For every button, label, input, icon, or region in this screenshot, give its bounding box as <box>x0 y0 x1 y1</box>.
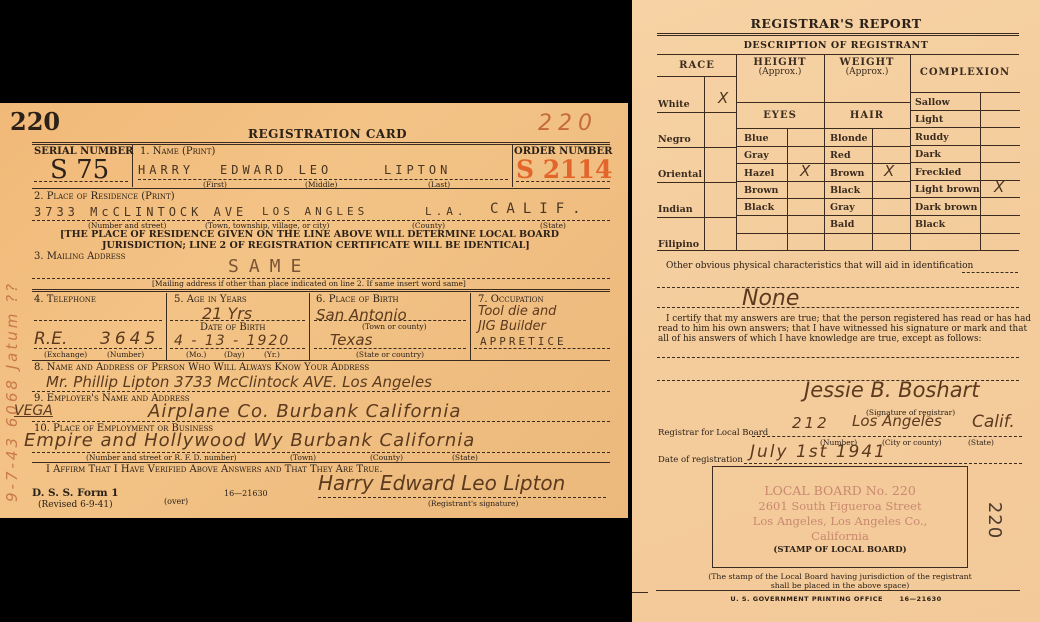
stamp-note-line-1: (The stamp of the Local Board having jur… <box>672 572 1008 581</box>
name-label: 1. Name (Print) <box>140 146 215 157</box>
hair-black: Black <box>830 185 860 196</box>
residence-notice-2: JURISDICTION; LINE 2 OF REGISTRATION CER… <box>102 240 530 251</box>
mailing-address-note: [Mailing address if other than place ind… <box>152 279 466 288</box>
eyes-black: Black <box>744 202 774 213</box>
sublabel-birth-state: (State or country) <box>356 350 424 359</box>
complexion-light-brown: Light brown <box>915 184 980 195</box>
occupation-line3: APPRETICE <box>480 335 567 348</box>
date-of-birth-label: Date of Birth <box>200 322 265 333</box>
complexion-freckled: Freckled <box>915 167 961 178</box>
name-last: LIPTON <box>384 163 451 177</box>
stamp-note-line-2: shall be placed in the above space) <box>672 581 1008 590</box>
contact-person-value: Mr. Phillip Lipton 3733 McClintock AVE. … <box>46 373 432 391</box>
board-number: 212 <box>792 414 830 432</box>
hair-red: Red <box>830 150 851 161</box>
complexion-light: Light <box>915 114 943 125</box>
place-of-employment-value: Empire and Hollywood Wy Burbank Californ… <box>24 430 475 451</box>
hair-header: HAIR <box>824 110 910 121</box>
date-of-birth-value: 4 - 13 - 1920 <box>174 333 290 349</box>
board-city: Los Angeles <box>852 412 942 430</box>
signature-label: (Registrant's signature) <box>428 499 518 508</box>
stamp-box: LOCAL BOARD No. 220 2601 South Figueroa … <box>712 466 968 568</box>
printing-office-footer: U. S. GOVERNMENT PRINTING OFFICE 16—2163… <box>632 595 1040 603</box>
residence-town: LOS ANGLES <box>262 205 368 218</box>
place-of-birth-state: Texas <box>330 331 372 349</box>
complexion-black: Black <box>915 219 945 230</box>
card-title: REGISTRATION CARD <box>248 127 407 141</box>
telephone-label: 4. Telephone <box>34 294 96 305</box>
complexion-light-brown-check: X <box>994 178 1004 196</box>
eyes-blue: Blue <box>744 133 769 144</box>
residence-street: 3733 McCLINTOCK AVE <box>34 205 247 219</box>
registrar-signature: Jessie B. Boshart <box>804 378 979 402</box>
corner-number: 220 <box>10 107 60 136</box>
weight-approx: (Approx.) <box>824 67 910 77</box>
order-number-value: S 2114 <box>516 155 612 184</box>
sublabel-board-state: (State) <box>968 438 994 447</box>
sublabel-emp-street: (Number and street or R. F. D. number) <box>86 453 237 462</box>
eyes-header: EYES <box>736 110 824 121</box>
registrant-signature: Harry Edward Leo Lipton <box>318 471 565 495</box>
form-revised: (Revised 6-9-41) <box>38 500 113 510</box>
sublabel-exchange: (Exchange) <box>44 350 87 359</box>
print-code: 16—21630 <box>224 489 268 498</box>
sublabel-emp-county: (County) <box>370 453 403 462</box>
telephone-exchange: R.E. <box>34 329 67 349</box>
side-number: 220 <box>984 502 1005 539</box>
race-oriental: Oriental <box>658 169 702 180</box>
mailing-address-value: SAME <box>228 256 311 277</box>
residence-state: CALIF. <box>490 201 589 217</box>
race-white-check: X <box>718 89 728 107</box>
stamp-note: (The stamp of the Local Board having jur… <box>672 572 1008 590</box>
sublabel-number: (Number) <box>107 350 144 359</box>
hair-brown-check: X <box>884 162 894 180</box>
eyes-brown: Brown <box>744 185 778 196</box>
contact-person-label: 8. Name and Address of Person Who Will A… <box>34 362 369 373</box>
employer-prefix: VEGA <box>14 403 53 419</box>
over-label: (over) <box>164 497 188 506</box>
hair-brown: Brown <box>830 168 864 179</box>
certify-line-2: read to him his own answers; that I have… <box>658 324 1031 334</box>
hair-gray: Gray <box>830 202 855 213</box>
occupation-line2: JIG Builder <box>478 319 546 334</box>
date-value: July 1st 1941 <box>750 442 887 462</box>
sublabel-day: (Day) <box>224 350 245 359</box>
stamp-line-3: Los Angeles, Los Angeles Co., <box>713 514 967 528</box>
registration-card: 220 REGISTRATION CARD 220 9-7-43 6068 Ja… <box>0 103 628 518</box>
certify-text: I certify that my answers are true; that… <box>666 314 1031 344</box>
complexion-header: COMPLEXION <box>910 67 1020 78</box>
sublabel-emp-town: (Town) <box>290 453 316 462</box>
place-of-birth-label: 6. Place of Birth <box>316 294 399 305</box>
eyes-hazel-check: X <box>800 162 810 180</box>
name-first: HARRY <box>138 163 194 177</box>
complexion-ruddy: Ruddy <box>915 132 949 143</box>
complexion-sallow: Sallow <box>915 97 950 108</box>
hair-bald: Bald <box>830 219 854 230</box>
race-filipino: Filipino <box>658 239 699 250</box>
certify-line-1: I certify that my answers are true; that… <box>666 314 1031 324</box>
eyes-gray: Gray <box>744 150 769 161</box>
residence-notice-1: [THE PLACE OF RESIDENCE GIVEN ON THE LIN… <box>60 229 559 240</box>
race-white: White <box>658 99 690 110</box>
stamp-line-2: 2601 South Figueroa Street <box>713 499 967 513</box>
stamp-line-4: California <box>713 529 967 543</box>
sublabel-month: (Mo.) <box>186 350 206 359</box>
hair-blonde: Blonde <box>830 133 868 144</box>
other-characteristics-label: Other obvious physical characteristics t… <box>666 261 973 271</box>
eyes-hazel: Hazel <box>744 168 774 179</box>
residence-label: 2. Place of Residence (Print) <box>34 191 175 202</box>
occupation-line1: Tool die and <box>478 304 556 319</box>
race-indian: Indian <box>658 204 693 215</box>
report-title: REGISTRAR'S REPORT <box>632 16 1040 31</box>
employer-value: Airplane Co. Burbank California <box>148 401 461 422</box>
complexion-dark-brown: Dark brown <box>915 202 977 213</box>
sublabel-birth-town: (Town or county) <box>362 322 427 331</box>
form-name: D. S. S. Form 1 <box>32 487 119 499</box>
stamp-caption: (STAMP OF LOCAL BOARD) <box>713 545 967 555</box>
handwritten-number: 220 <box>538 111 598 136</box>
board-state: Calif. <box>972 412 1015 432</box>
report-subtitle: DESCRIPTION OF REGISTRANT <box>632 40 1040 51</box>
name-middle: EDWARD LEO <box>220 163 332 177</box>
residence-county: L.A. <box>425 205 468 218</box>
date-label: Date of registration <box>658 455 743 465</box>
sublabel-year: (Yr.) <box>264 350 280 359</box>
sublabel-emp-state: (State) <box>452 453 478 462</box>
telephone-number: 3645 <box>100 329 159 349</box>
mailing-address-label: 3. Mailing Address <box>34 251 125 262</box>
margin-note: 9-7-43 6068 Jatum ?? <box>3 182 21 502</box>
registrars-report-card: REGISTRAR'S REPORT DESCRIPTION OF REGIST… <box>632 0 1040 622</box>
race-negro: Negro <box>658 134 691 145</box>
race-header: RACE <box>657 60 737 71</box>
sublabel-board-city: (City or county) <box>882 438 942 447</box>
certify-line-3: all of his answers of which I have knowl… <box>658 334 1031 344</box>
height-approx: (Approx.) <box>736 67 824 77</box>
complexion-dark: Dark <box>915 149 941 160</box>
stamp-line-1: LOCAL BOARD No. 220 <box>713 483 967 498</box>
